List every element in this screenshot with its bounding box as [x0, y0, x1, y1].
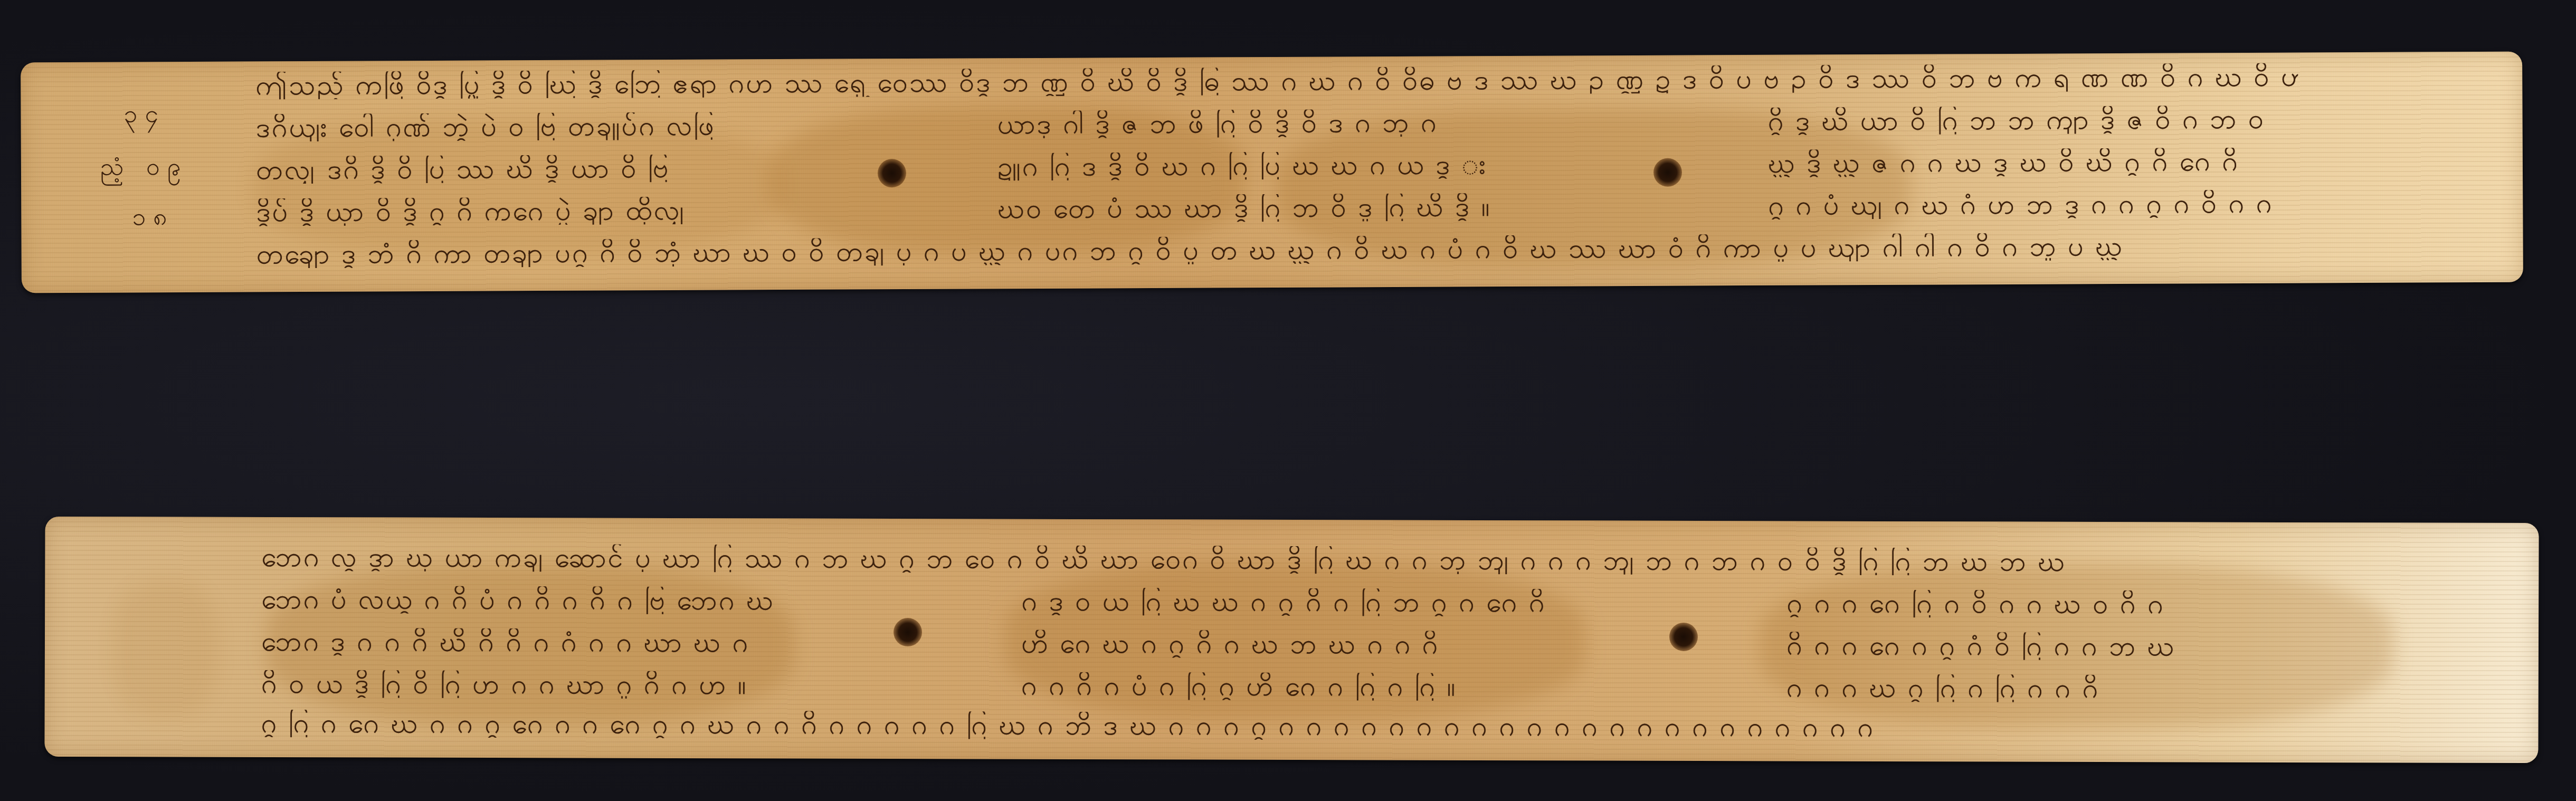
- text-line: ဂ ဒွ ဝ ယ ဂြ ဃ ဃ ဂ ဂွ ဂိ ဂ ဂြ ဘ ဂွ ဂ ဂေ ဂ…: [1021, 588, 1586, 617]
- text-line: ဂ ဂ ဂိ ဂ ပံ ဂ ဂြ ဂွ ဟိ ဂေ ဂ ဂြ ဂ ဂြ ။: [1021, 672, 1586, 701]
- palm-leaf-upper: ၃၄ ညံ့ ဝ၉ ၁၈ ဤသည့် ကဖြိ ဝိဒ္ဓ ပ္ပြ ဒွိ ဝ…: [21, 52, 2523, 293]
- text-line: ဂိ ဂ ဂ ဂေ ဂ ဂွ ဂံ ဝိ ဂြ ဂ ဂ ဘ ဃ: [1786, 632, 2367, 661]
- binding-hole: [1669, 623, 1698, 651]
- margin-number: ၃၄: [123, 99, 166, 134]
- text-line: ဂွ ဂ ဂ ဂေ ဂြ ဂ ဝိ ဂ ဂ ဃ ဝ ဂိ ဂ: [1786, 589, 2367, 618]
- text-line: ဤသည့် ကဖြိ ဝိဒ္ဓ ပ္ပြ ဒွိ ဝိ ဃြ ဒွိ ဘြေ …: [255, 63, 2298, 100]
- margin-number: ၁၈: [132, 202, 174, 237]
- text-line: ဍူဂ ဂြ ဒ ဒွိ ဝိ ဃ ဂ ဂြ ပြ ဃ ဃ ဂ ယ ဒွ း: [997, 151, 1557, 181]
- text-line: ဃဝ တေ ပံ ဿ ဃာ ဒွိ ဂြ ဘ ဝိ ဒူ ဂြ ဃိ ဒွိ ။: [997, 193, 1557, 223]
- binding-hole: [878, 159, 906, 187]
- text-line: ဂွ ဂြ ဂ ဂေ ဃ ဂ ဂ ဂွ ဂေ ဂ ဂ ဂေ ဂွ ဂ ဃ ဂ ဂ…: [261, 710, 2351, 742]
- text-line: ဟိ ဂေ ဃ ဂ ဂွ ဂိ ဂ ဃ ဘ ဃ ဂ ဂ ဂိ: [1021, 630, 1586, 659]
- text-line: ဘေဂ ပံ လယ္ဂ ဂ ဂိ ပံ ဂ ဂိ ဂ ဂိ ဂ ဗြ ဘေဂ ဃ: [261, 586, 805, 615]
- text-line: ဒဂိယျး ဝေါ ဂုဏ် ဘွဲ ပဲ ဝ ဗြ တချုပ်ဂ လဖြ: [256, 112, 810, 142]
- faded-numbers: [113, 580, 220, 718]
- palm-leaf-lower: ဘေဂ လ္ဂ ဒွာ ဃု ယာ ကချ ဆောင် ပု ဃာ ဂြ ဿ ဂ…: [44, 517, 2539, 763]
- binding-hole: [893, 618, 922, 646]
- text-line: ဂွိ ဒွ ဃိ ယာ ဝိ ဂြ ဘ ဘ ကျာ ဒွိ ဇ ဝိ ဂ ဘ …: [1767, 105, 2322, 135]
- text-line: ဘေဂ လ္ဂ ဒွာ ဃု ယာ ကချ ဆောင် ပု ဃာ ဂြ ဿ ဂ…: [261, 543, 2351, 576]
- text-line: ဂိ ဝ ယ ဒွိ ဂြ ဝိ ဂြ ဟ ဂ ဂ ဃာ ဂူ ဂိ ဂ ဟ ။: [261, 670, 805, 699]
- text-line: ဘေဂ ဒွ ဂ ဂ ဂိ ဃိ ဂိ ဂိ ဂ ဂံ ဂ ဂ ဃာ ဃ ဂ: [261, 628, 805, 657]
- binding-hole: [1653, 158, 1682, 187]
- text-line: တလျှ ဒဂိ ဒွိ ဝိ ပြ ဿ ဃိ ဒွိ ယာ ဝိ ဗြ: [256, 154, 810, 184]
- text-line: ဒွိပ် ဒွိ ယှာ ဝိ ဒွိ ဂွ ဂိ ကဂေ ပ္ပဲ ချာ …: [256, 196, 810, 226]
- text-line: ယာဒု ဂါ ဒွိ ဇ ဘ ဖိ ဂြ ဝိ ဒွိ ဝိ ဒ ဂ ဘှ ဂ: [997, 109, 1556, 139]
- margin-number: ညံ့ ဝ၉: [100, 151, 188, 187]
- text-line: ဂ ဂ ဂ ဃ ဂွ ဂြ ဂ ဂြ ဂ ဂ ဂိ: [1786, 674, 2367, 703]
- text-line: ဃ္ဃ ဒွိ ဃ္ဃ ဇ ဂ ဂ ဃ ဒွ ဃ ဝိ ဃိ ဂွ ဂိ ဂေ …: [1768, 147, 2322, 177]
- text-line: ဂွ ဂ ပံ ဃျ ဂ ဃ ဂံ ဟ ဘ ဒွ ဂ ဂ ဂွ ဂ ဝိ ဂ ဂ: [1768, 189, 2322, 220]
